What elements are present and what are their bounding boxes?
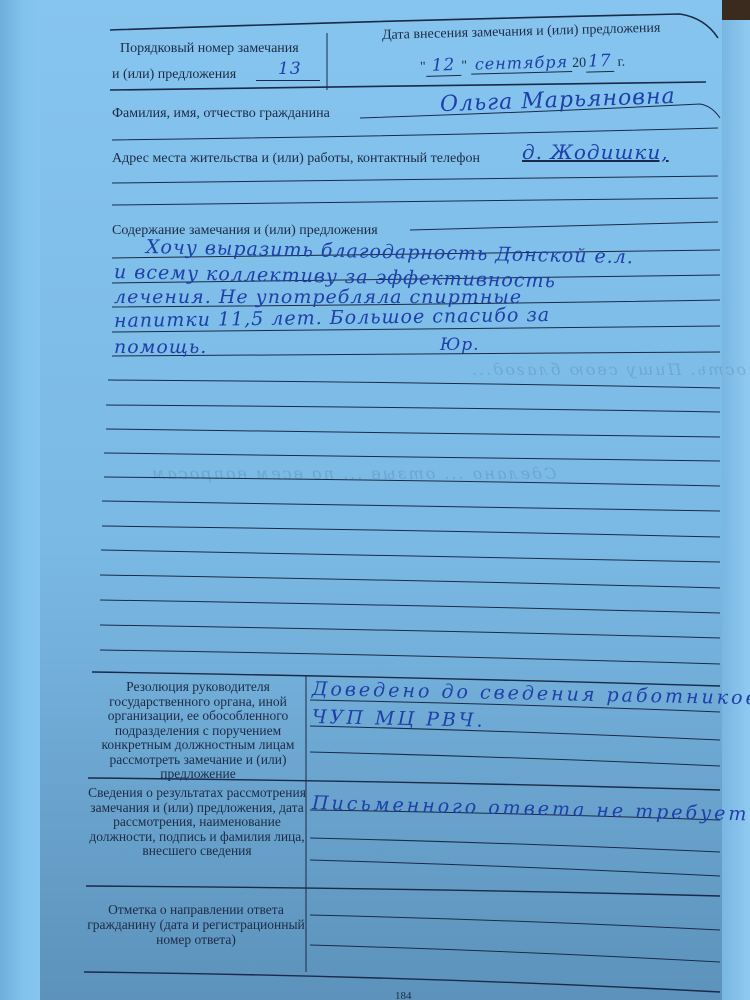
date-year-suffix: 17 (586, 51, 614, 73)
serial-number-value: 13 (278, 59, 302, 79)
date-year-unit: г. (617, 55, 625, 70)
page-number: 184 (395, 990, 412, 1000)
date-day: 12 (425, 55, 461, 77)
fio-label: Фамилия, имя, отчество гражданина (112, 105, 330, 122)
serial-label-line1: Порядковый номер замечания (120, 40, 299, 57)
resolution-line-2: ЧУП МЦ РВЧ. (312, 706, 486, 732)
results-label: Сведения о результатах рассмотрения заме… (86, 786, 308, 859)
form-page: Порядковый номер замечания и (или) предл… (0, 0, 722, 1000)
content-line-5: помощь. (114, 336, 207, 358)
content-signature: Юр. (440, 335, 480, 355)
date-close-quote: " (461, 59, 467, 74)
date-year-prefix: 20 (572, 56, 586, 71)
answer-label: Отметка о направлении ответа гражданину … (84, 902, 308, 947)
serial-label-line2: и (или) предложения (112, 66, 236, 83)
address-label: Адрес места жительства и (или) работы, к… (112, 150, 480, 167)
serial-underline (256, 80, 320, 81)
bleed-through-text-2: Сделано ... отзыв ... по всем вопросам (150, 464, 557, 483)
bleed-through-text-1: Благодарность. Пишу свою благод... (470, 360, 750, 379)
date-field: "12" сентября2017 г. (420, 51, 626, 76)
address-value: д. Жодишки, (522, 140, 669, 164)
resolution-label: Резолюция руководителя государственного … (88, 680, 308, 782)
date-month: сентября (471, 52, 573, 75)
